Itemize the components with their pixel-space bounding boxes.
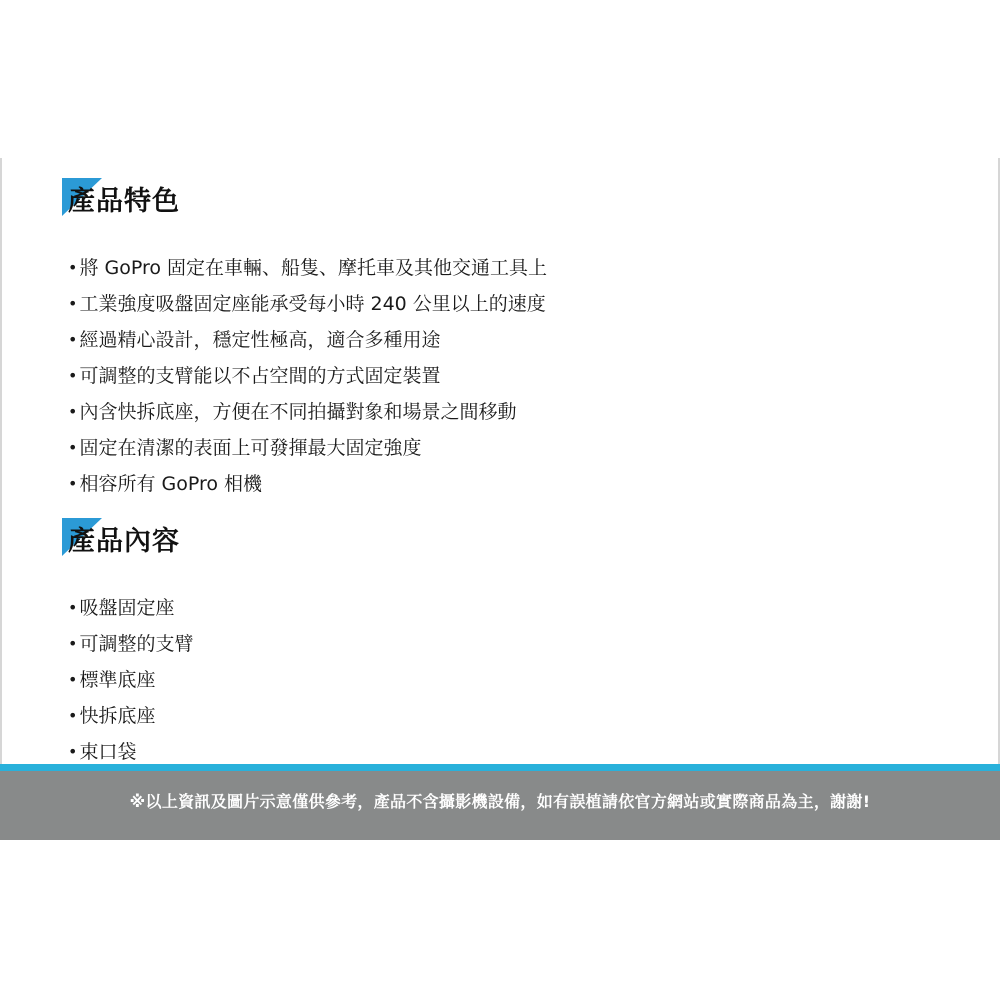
contents-title: 產品內容 xyxy=(62,519,180,558)
list-item: •可調整的支臂 xyxy=(62,626,193,662)
list-item: •標準底座 xyxy=(62,662,193,698)
contents-heading: 產品內容 xyxy=(62,518,193,558)
bullet-icon: • xyxy=(68,394,77,430)
bullet-icon: • xyxy=(68,250,77,286)
product-info-card: 產品特色 •將 GoPro 固定在車輛、船隻、摩托車及其他交通工具上 •工業強度… xyxy=(0,158,1000,764)
contents-list: •吸盤固定座 •可調整的支臂 •標準底座 •快拆底座 •束口袋 xyxy=(62,590,193,770)
bullet-icon: • xyxy=(68,286,77,322)
list-item: •內含快拆底座，方便在不同拍攝對象和場景之間移動 xyxy=(62,394,547,430)
list-item: •固定在清潔的表面上可發揮最大固定強度 xyxy=(62,430,547,466)
list-item: •可調整的支臂能以不占空間的方式固定裝置 xyxy=(62,358,547,394)
bullet-icon: • xyxy=(68,358,77,394)
bullet-icon: • xyxy=(68,626,77,662)
list-item: •將 GoPro 固定在車輛、船隻、摩托車及其他交通工具上 xyxy=(62,250,547,286)
bullet-icon: • xyxy=(68,430,77,466)
features-list: •將 GoPro 固定在車輛、船隻、摩托車及其他交通工具上 •工業強度吸盤固定座… xyxy=(62,250,547,502)
contents-section: 產品內容 •吸盤固定座 •可調整的支臂 •標準底座 •快拆底座 •束口袋 xyxy=(62,518,193,770)
disclaimer-footer: ※以上資訊及圖片示意僅供參考，產品不含攝影機設備，如有誤植請依官方網站或實際商品… xyxy=(0,771,1000,840)
disclaimer-text: ※以上資訊及圖片示意僅供參考，產品不含攝影機設備，如有誤植請依官方網站或實際商品… xyxy=(130,789,871,812)
features-heading: 產品特色 xyxy=(62,178,547,218)
list-item: •工業強度吸盤固定座能承受每小時 240 公里以上的速度 xyxy=(62,286,547,322)
list-item: •吸盤固定座 xyxy=(62,590,193,626)
bullet-icon: • xyxy=(68,322,77,358)
bullet-icon: • xyxy=(68,590,77,626)
list-item: •相容所有 GoPro 相機 xyxy=(62,466,547,502)
bullet-icon: • xyxy=(68,466,77,502)
list-item: •快拆底座 xyxy=(62,698,193,734)
bullet-icon: • xyxy=(68,698,77,734)
bullet-icon: • xyxy=(68,662,77,698)
features-title: 產品特色 xyxy=(62,179,180,218)
list-item: •經過精心設計，穩定性極高，適合多種用途 xyxy=(62,322,547,358)
accent-stripe xyxy=(0,764,1000,771)
features-section: 產品特色 •將 GoPro 固定在車輛、船隻、摩托車及其他交通工具上 •工業強度… xyxy=(62,178,547,502)
